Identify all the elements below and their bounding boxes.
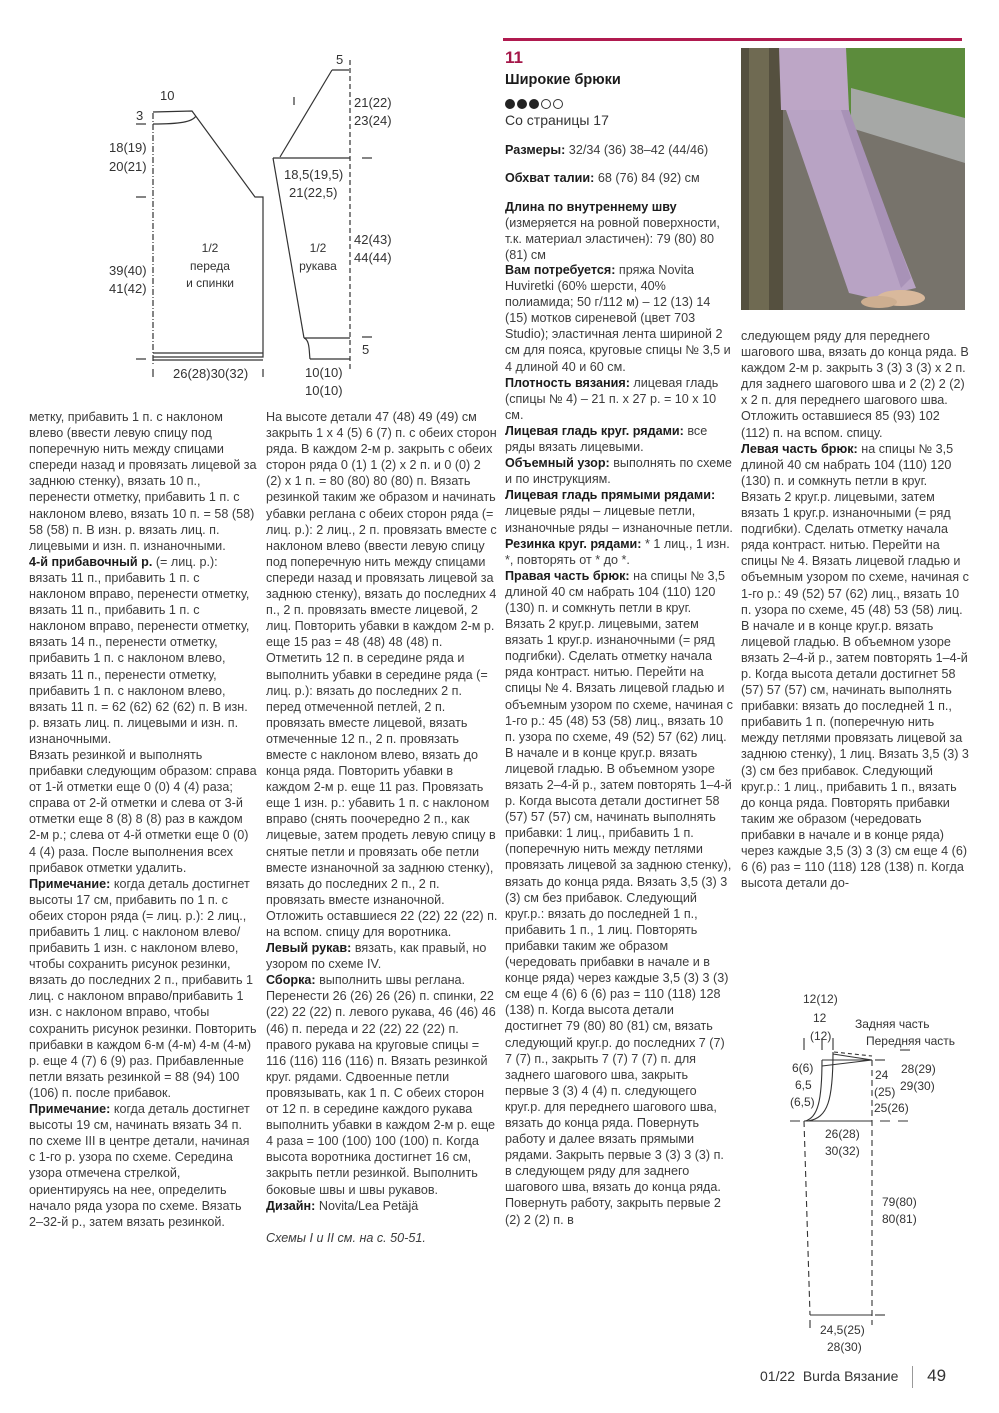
paragraph: Примечание: когда деталь достигнет высот… (29, 876, 257, 1101)
inseam-label: Длина по внутреннему шву (505, 200, 677, 214)
body-label-3: и спинки (186, 276, 234, 290)
article-number: 11 (505, 48, 737, 68)
paragraph: Левая часть брюк: на спицы № 3,5 длиной … (741, 441, 969, 892)
sleeve-raglan-2: 23(24) (354, 113, 392, 128)
hip-width-2: 30(32) (825, 1144, 860, 1158)
paragraph: Примечание: когда деталь достигнет высот… (29, 1101, 257, 1230)
sleeve-label-2: рукава (299, 259, 337, 273)
difficulty-dot-empty-icon (553, 99, 563, 109)
sweater-schematic: 10 3 18(19) 20(21) 39(40) 41(42) 26(28)3… (100, 40, 400, 400)
instructions-column-2: На высоте детали 47 (48) 49 (49) см закр… (266, 409, 498, 1246)
page-footer: 01/22 Burda Вязание 49 (760, 1366, 946, 1388)
difficulty-dot-filled-icon (517, 99, 527, 109)
paragraph: Левый рукав: вязать, как правый, но узор… (266, 940, 498, 972)
raglan-height-1: 18(19) (109, 140, 147, 155)
rise-right-2: (25) (874, 1085, 895, 1099)
inseam-2: 80(81) (882, 1212, 917, 1226)
rise-right-3: 25(26) (874, 1101, 909, 1115)
product-photo (741, 48, 965, 310)
hip-right-1: 28(29) (901, 1062, 936, 1076)
sleeve-label-1: 1/2 (310, 241, 327, 255)
sleeve-length-2: 44(44) (354, 250, 392, 265)
cuff-width-1: 10(10) (305, 365, 343, 380)
pants-top-width-3: (12) (810, 1029, 831, 1043)
hem-width-1: 24,5(25) (820, 1323, 865, 1337)
hem-width-2: 28(30) (827, 1340, 862, 1354)
difficulty-dot-empty-icon (541, 99, 551, 109)
paragraph: Объемный узор: выполнять по схеме и по и… (505, 455, 733, 487)
article-title: Широкие брюки (505, 70, 737, 90)
raglan-height-2: 20(21) (109, 159, 147, 174)
paragraph: метку, прибавить 1 п. с наклоном влево (… (29, 409, 257, 554)
sleeve-upper-1: 18,5(19,5) (284, 167, 343, 182)
waist-value: 68 (76) 84 (92) см (594, 171, 699, 185)
rise-right-1: 24 (875, 1068, 889, 1082)
paragraph: Дизайн: Novita/Lea Petäjä (266, 1198, 498, 1214)
pants-top-width-2: 12 (813, 1011, 827, 1025)
page-number: 49 (927, 1366, 946, 1385)
body-label-2: переда (190, 259, 230, 273)
paragraph: Вам потребуется: пряжа Novita Huviretki … (505, 262, 733, 375)
sleeve-top-label: 5 (336, 52, 343, 67)
pants-schematic: 12(12) 12 (12) Задняя часть Передняя час… (770, 990, 990, 1370)
inseam-value: (измеряется на ровной поверхности, т.к. … (505, 216, 720, 262)
paragraph: Плотность вязания: лицевая гладь (спицы … (505, 375, 733, 423)
difficulty-rating (505, 96, 737, 110)
article-header: 11 Широкие брюки Со страницы 17 Размеры:… (505, 45, 737, 276)
body-height-1: 39(40) (109, 263, 147, 278)
cuff-width-2: 10(10) (305, 383, 343, 398)
sizes-label: Размеры: (505, 143, 565, 157)
instructions-column-4: следующем ряду для переднего шагового шв… (741, 328, 969, 891)
waist-label: Обхват талии: (505, 171, 594, 185)
from-page: Со страницы 17 (505, 111, 737, 129)
sleeve-raglan-1: 21(22) (354, 95, 392, 110)
sleeve-upper-2: 21(22,5) (289, 185, 337, 200)
neck-depth-label: 3 (136, 108, 143, 123)
cuff-height-label: 5 (362, 342, 369, 357)
hip-width-1: 26(28) (825, 1127, 860, 1141)
magazine-name: Burda Вязание (803, 1368, 899, 1384)
paragraph: Правая часть брюк: на спицы № 3,5 длиной… (505, 568, 733, 1228)
paragraph: Сборка: выполнить швы реглана. Перенести… (266, 972, 498, 1197)
instructions-column-1: метку, прибавить 1 п. с наклоном влево (… (29, 409, 257, 1230)
back-part-label: Задняя часть (855, 1017, 930, 1031)
rise-left-2: 6,5 (795, 1078, 812, 1092)
inseam-1: 79(80) (882, 1195, 917, 1209)
paragraph: 4-й прибавочный р. (= лиц. р.): вязать 1… (29, 554, 257, 747)
body-width-label: 26(28)30(32) (173, 366, 248, 381)
paragraph: Вязать резинкой и выполнять прибавки сле… (29, 747, 257, 876)
rise-left-3: (6,5) (790, 1095, 815, 1109)
schemes-note: Схемы I и II см. на с. 50-51. (266, 1230, 498, 1246)
paragraph: Лицевая гладь прямыми рядами: лицевые ря… (505, 487, 733, 535)
footer-divider (912, 1366, 913, 1388)
rise-left-1: 6(6) (792, 1061, 813, 1075)
body-height-2: 41(42) (109, 281, 147, 296)
paragraph: Лицевая гладь круг. рядами: все ряды вяз… (505, 423, 733, 455)
instructions-column-3: Вам потребуется: пряжа Novita Huviretki … (505, 262, 733, 1228)
paragraph: следующем ряду для переднего шагового шв… (741, 328, 969, 441)
difficulty-dot-filled-icon (505, 99, 515, 109)
issue-number: 01/22 (760, 1368, 795, 1384)
sleeve-length-1: 42(43) (354, 232, 392, 247)
body-label-1: 1/2 (202, 241, 219, 255)
paragraph: На высоте детали 47 (48) 49 (49) см закр… (266, 409, 498, 940)
photo-illustration (741, 48, 965, 310)
sizes-value: 32/34 (36) 38–42 (44/46) (565, 143, 708, 157)
difficulty-dot-filled-icon (529, 99, 539, 109)
accent-rule (503, 38, 962, 41)
specs: Размеры: 32/34 (36) 38–42 (44/46) Обхват… (505, 142, 737, 264)
pants-top-width-1: 12(12) (803, 992, 838, 1006)
neck-width-label: 10 (160, 88, 174, 103)
hip-right-2: 29(30) (900, 1079, 935, 1093)
front-part-label: Передняя часть (866, 1034, 955, 1048)
paragraph: Резинка круг. рядами: * 1 лиц., 1 изн. *… (505, 536, 733, 568)
